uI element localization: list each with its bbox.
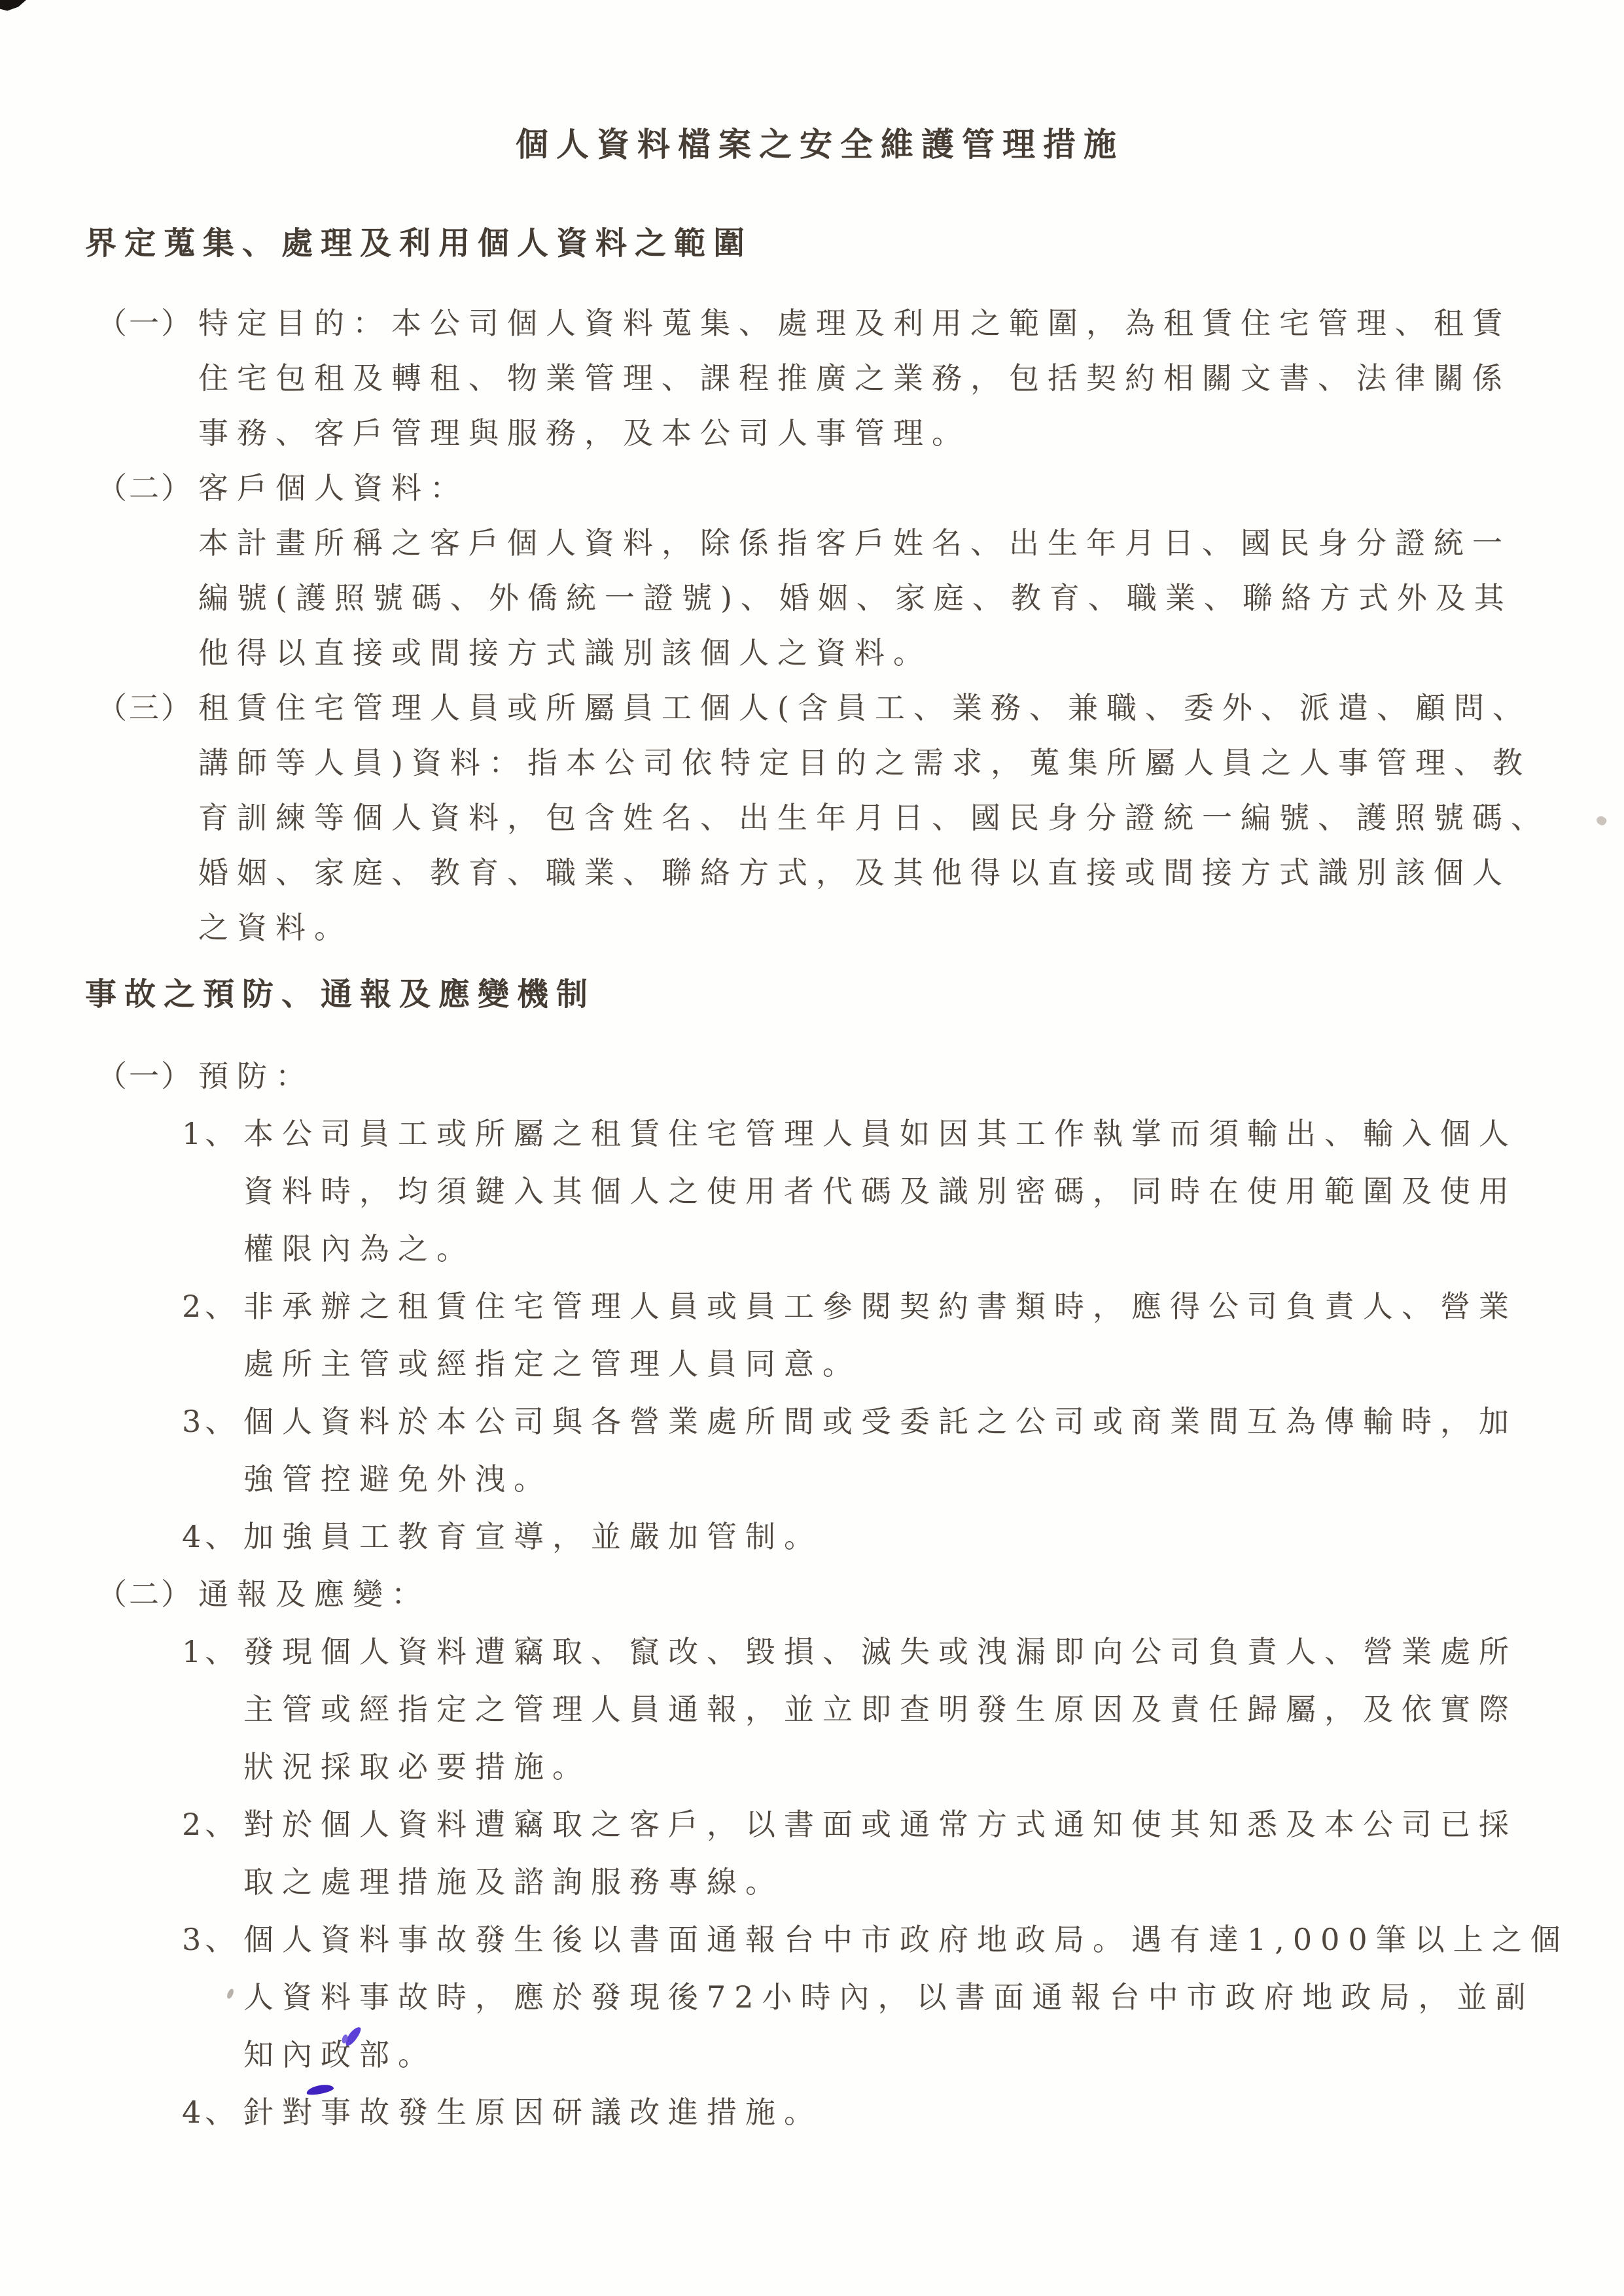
sub-item-2: 2、 對於個人資料遭竊取之客戶，以書面或通常方式通知使其知悉及本公司已採 取之處…	[0, 1796, 1624, 1911]
text-line: 資料時，均須鍵入其個人之使用者代碼及識別密碼，同時在使用範圍及使用	[243, 1162, 1624, 1220]
text-line: 事務、客戶管理與服務，及本公司人事管理。	[198, 406, 1624, 461]
sub-item-1: 1、 發現個人資料遭竊取、竄改、毀損、滅失或洩漏即向公司負責人、營業處所 主管或…	[0, 1623, 1624, 1796]
text-line: 取之處理措施及諮詢服務專線。	[243, 1853, 1624, 1911]
text-line: 權限內為之。	[243, 1220, 1624, 1278]
text-line: 他得以直接或間接方式識別該個人之資料。	[198, 625, 1624, 680]
text-line: 特定目的：本公司個人資料蒐集、處理及利用之範圍，為租賃住宅管理、租賃	[198, 296, 1624, 351]
text-line: 處所主管或經指定之管理人員同意。	[243, 1335, 1624, 1393]
corner-fold-artifact	[0, 0, 26, 12]
text-line: 編號(護照號碼、外僑統一證號)、婚姻、家庭、教育、職業、聯絡方式外及其	[198, 570, 1624, 625]
text-line: 加強員工教育宣導，並嚴加管制。	[243, 1508, 1624, 1565]
item-label: （二）	[97, 461, 193, 515]
item-label: （一）	[97, 296, 193, 351]
sub-item-3: 3、 個人資料於本公司與各營業處所間或受委託之公司或商業間互為傳輸時，加 強管控…	[0, 1393, 1624, 1508]
text-line: 對於個人資料遭竊取之客戶，以書面或通常方式通知使其知悉及本公司已採	[243, 1796, 1624, 1853]
text-line: 育訓練等個人資料，包含姓名、出生年月日、國民身分證統一編號、護照號碼、	[198, 790, 1624, 845]
text-line: 本公司員工或所屬之租賃住宅管理人員如因其工作執掌而須輸出、輸入個人	[243, 1105, 1624, 1162]
list-item-2: （二） 客戶個人資料： 本計畫所稱之客戶個人資料，除係指客戶姓名、出生年月日、國…	[0, 461, 1624, 680]
text-line: 強管控避免外洩。	[243, 1450, 1624, 1508]
section-scope-body: （一） 特定目的：本公司個人資料蒐集、處理及利用之範圍，為租賃住宅管理、租賃 住…	[0, 296, 1624, 955]
text-line: 個人資料事故發生後以書面通報台中市政府地政局。遇有達1,000筆以上之個	[243, 1911, 1624, 1968]
sub-item-4: 4、 針對事故發生原因研議改進措施。	[0, 2083, 1624, 2141]
text-line: 通報及應變：	[198, 1565, 1624, 1623]
list-item-reporting: （二） 通報及應變：	[0, 1565, 1624, 1623]
text-line: 非承辦之租賃住宅管理人員或員工參閱契約書類時，應得公司負責人、營業	[243, 1278, 1624, 1335]
sub-item-4: 4、 加強員工教育宣導，並嚴加管制。	[0, 1508, 1624, 1565]
text-line: 知內政部。	[243, 2026, 1624, 2083]
subitem-number: 2、	[182, 1796, 239, 1853]
text-line: 個人資料於本公司與各營業處所間或受委託之公司或商業間互為傳輸時，加	[243, 1393, 1624, 1450]
text-line: 客戶個人資料：	[198, 461, 1624, 515]
text-line: 人資料事故時，應於發現後72小時內，以書面通報台中市政府地政局，並副	[243, 1968, 1624, 2026]
text-line: 本計畫所稱之客戶個人資料，除係指客戶姓名、出生年月日、國民身分證統一	[198, 515, 1624, 570]
subitem-number: 4、	[182, 2083, 239, 2141]
section-heading-scope: 界定蒐集、處理及利用個人資料之範圍	[0, 217, 1624, 270]
item-label: （一）	[97, 1047, 193, 1105]
section-heading-incident: 事故之預防、通報及應變機制	[0, 967, 1624, 1021]
subitem-number: 3、	[182, 1911, 239, 1968]
subitem-number: 1、	[182, 1105, 239, 1162]
text-line: 預防：	[198, 1047, 1624, 1105]
subitem-number: 1、	[182, 1623, 239, 1680]
text-line: 發現個人資料遭竊取、竄改、毀損、滅失或洩漏即向公司負責人、營業處所	[243, 1623, 1624, 1680]
list-item-1: （一） 特定目的：本公司個人資料蒐集、處理及利用之範圍，為租賃住宅管理、租賃 住…	[0, 296, 1624, 461]
document-title: 個人資料檔案之安全維護管理措施	[0, 118, 1624, 171]
sub-item-3: 3、 個人資料事故發生後以書面通報台中市政府地政局。遇有達1,000筆以上之個 …	[0, 1911, 1624, 2083]
text-line: 之資料。	[198, 900, 1624, 955]
section-incident-body: （一） 預防： 1、 本公司員工或所屬之租賃住宅管理人員如因其工作執掌而須輸出、…	[0, 1047, 1624, 2141]
subitem-number: 3、	[182, 1393, 239, 1450]
document-page: 個人資料檔案之安全維護管理措施 界定蒐集、處理及利用個人資料之範圍 （一） 特定…	[0, 0, 1624, 2296]
text-line: 針對事故發生原因研議改進措施。	[243, 2083, 1624, 2141]
item-label: （二）	[97, 1565, 193, 1623]
text-line: 住宅包租及轉租、物業管理、課程推廣之業務，包括契約相關文書、法律關係	[198, 351, 1624, 406]
subitem-number: 2、	[182, 1278, 239, 1335]
subitem-number: 4、	[182, 1508, 239, 1565]
text-line: 婚姻、家庭、教育、職業、聯絡方式，及其他得以直接或間接方式識別該個人	[198, 845, 1624, 900]
text-line: 講師等人員)資料：指本公司依特定目的之需求，蒐集所屬人員之人事管理、教	[198, 735, 1624, 790]
text-line: 租賃住宅管理人員或所屬員工個人(含員工、業務、兼職、委外、派遣、顧問、	[198, 680, 1624, 735]
text-line: 主管或經指定之管理人員通報，並立即查明發生原因及責任歸屬，及依實際	[243, 1680, 1624, 1738]
list-item-prevention: （一） 預防：	[0, 1047, 1624, 1105]
item-label: （三）	[97, 680, 193, 735]
sub-item-2: 2、 非承辦之租賃住宅管理人員或員工參閱契約書類時，應得公司負責人、營業 處所主…	[0, 1278, 1624, 1393]
text-line: 狀況採取必要措施。	[243, 1738, 1624, 1796]
list-item-3: （三） 租賃住宅管理人員或所屬員工個人(含員工、業務、兼職、委外、派遣、顧問、 …	[0, 680, 1624, 955]
sub-item-1: 1、 本公司員工或所屬之租賃住宅管理人員如因其工作執掌而須輸出、輸入個人 資料時…	[0, 1105, 1624, 1278]
